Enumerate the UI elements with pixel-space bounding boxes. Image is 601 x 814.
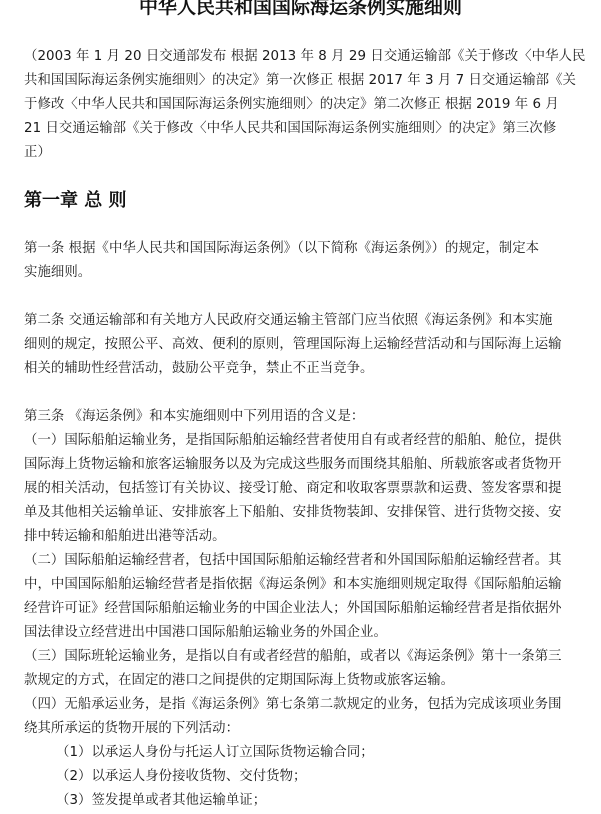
preamble-line: （2003 年 1 月 20 日交通部发布 根据 2013 年 8 月 29 日… [24,48,580,66]
article-line: 实施细则。 [24,264,580,282]
preamble-line: 正） [24,144,580,162]
preamble-line: 于修改〈中华人民共和国国际海运条例实施细则〉的决定》第二次修正 根据 2019 … [24,96,580,114]
article-line: 相关的辅助性经营活动，鼓励公平竞争，禁止不正当竞争。 [24,360,580,378]
document-title: 中华人民共和国国际海运条例实施细则 [0,0,601,20]
article-line: 展的相关活动，包括签订有关协议、接受订舱、商定和收取客票票款和运费、签发客票和提 [24,480,580,498]
article-line: 经营许可证》经营国际船舶运输业务的中国企业法人；外国国际船舶运输经营者是指依据外 [24,600,580,618]
article-line: 中，中国国际船舶运输经营者是指依据《海运条例》和本实施细则规定取得《国际船舶运输 [24,576,580,594]
article-line: 款规定的方式，在固定的港口之间提供的定期国际海上货物或旅客运输。 [24,672,580,690]
article-line: 国际海上货物运输和旅客运输服务以及为完成这些服务而围绕其船舶、所载旅客或者货物开 [24,456,580,474]
preamble-line: 21 日交通运输部《关于修改〈中华人民共和国国际海运条例实施细则〉的决定》第三次… [24,120,580,138]
article-line: 第一条 根据《中华人民共和国国际海运条例》（以下简称《海运条例》）的规定，制定本 [24,240,580,258]
preamble-line: 共和国国际海运条例实施细则〉的决定》第一次修正 根据 2017 年 3 月 7 … [24,72,580,90]
sub-item: （1）以承运人身份与托运人订立国际货物运输合同； [56,744,601,762]
article-line: 绕其所承运的货物开展的下列活动： [24,720,580,738]
article-line: （三）国际班轮运输业务，是指以自有或者经营的船舶，或者以《海运条例》第十一条第三 [24,648,580,666]
article-line: 细则的规定，按照公平、高效、便利的原则，管理国际海上运输经营活动和与国际海上运输 [24,336,580,354]
article-line: 国法律设立经营进出中国港口国际船舶运输业务的外国企业。 [24,624,580,642]
article-line: （四）无船承运业务，是指《海运条例》第七条第二款规定的业务，包括为完成该项业务围 [24,696,580,714]
article-line: （一）国际船舶运输业务，是指国际船舶运输经营者使用自有或者经营的船舶、舱位，提供 [24,432,580,450]
sub-item: （2）以承运人身份接收货物、交付货物； [56,768,601,786]
article-line: 单及其他相关运输单证、安排旅客上下船舶、安排货物装卸、安排保管、进行货物交接、安 [24,504,580,522]
article-line: （二）国际船舶运输经营者，包括中国国际船舶运输经营者和外国国际船舶运输经营者。其 [24,552,580,570]
sub-item: （3）签发提单或者其他运输单证； [56,792,601,810]
article-line: 第三条 《海运条例》和本实施细则中下列用语的含义是： [24,408,580,426]
chapter-heading: 第一章 总 则 [24,189,127,213]
article-line: 第二条 交通运输部和有关地方人民政府交通运输主管部门应当依照《海运条例》和本实施 [24,312,580,330]
article-line: 排中转运输和船舶进出港等活动。 [24,528,580,546]
